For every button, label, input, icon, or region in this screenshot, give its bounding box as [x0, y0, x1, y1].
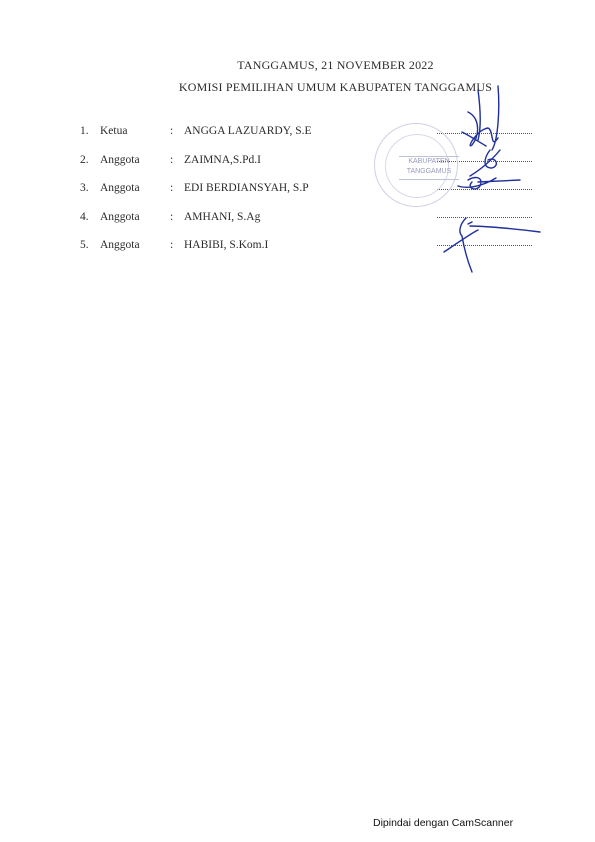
- member-name: ANGGA LAZUARDY, S.E: [184, 125, 312, 137]
- signature-line: [437, 245, 532, 246]
- member-role: Ketua: [100, 125, 170, 137]
- separator: :: [170, 182, 180, 194]
- member-role: Anggota: [100, 211, 170, 223]
- member-role: Anggota: [100, 182, 170, 194]
- institution-heading: KOMISI PEMILIHAN UMUM KABUPATEN TANGGAMU…: [38, 80, 595, 95]
- member-name: HABIBI, S.Kom.I: [184, 239, 268, 251]
- official-stamp: KABUPATEN TANGGAMUS: [374, 123, 458, 207]
- separator: :: [170, 239, 180, 251]
- member-name: ZAIMNA,S.Pd.I: [184, 154, 261, 166]
- signature-line: [437, 217, 532, 218]
- stamp-line-1: KABUPATEN: [399, 157, 459, 167]
- member-name: EDI BERDIANSYAH, S.P: [184, 182, 309, 194]
- stamp-line-2: TANGGAMUS: [399, 167, 459, 177]
- member-number: 5.: [80, 239, 98, 251]
- stamp-label: KABUPATEN TANGGAMUS: [399, 156, 459, 180]
- separator: :: [170, 125, 180, 137]
- separator: :: [170, 154, 180, 166]
- camscanner-watermark: Dipindai dengan CamScanner: [373, 817, 513, 829]
- member-role: Anggota: [100, 154, 170, 166]
- member-number: 2.: [80, 154, 98, 166]
- place-date-heading: TANGGAMUS, 21 NOVEMBER 2022: [38, 58, 595, 73]
- separator: :: [170, 211, 180, 223]
- member-name: AMHANI, S.Ag: [184, 211, 260, 223]
- signature-line: [437, 189, 532, 190]
- member-number: 4.: [80, 211, 98, 223]
- member-role: Anggota: [100, 239, 170, 251]
- signature-line: [437, 133, 532, 134]
- member-number: 1.: [80, 125, 98, 137]
- member-number: 3.: [80, 182, 98, 194]
